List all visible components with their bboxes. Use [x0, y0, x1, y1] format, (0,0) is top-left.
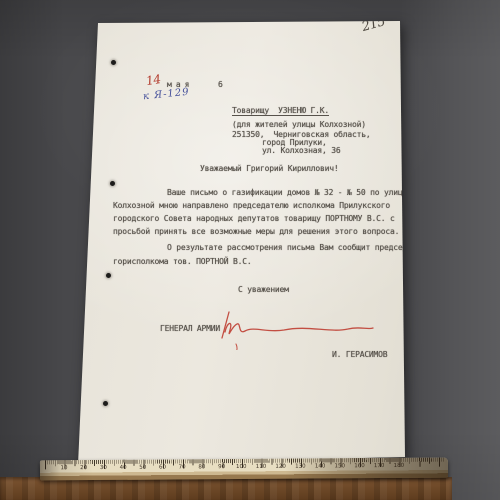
body-line: Колхозной мною направлено председателю и… — [113, 201, 390, 211]
paper-document: 215 14 мая 6 к Я-129 Товарищу УЗНЕНЮ Г.К… — [0, 0, 500, 500]
recipient-street: ул. Колхозная, 36 — [262, 146, 340, 156]
recipient-street-note: (для жителей улицы Колхозной) — [232, 120, 366, 130]
body-line: просьбой принять все возможные меры для … — [113, 227, 399, 237]
registry-note-handwritten: к Я-129 — [143, 88, 190, 103]
date-day-handwritten: 14 — [145, 74, 161, 86]
date-year-typed: 6 — [218, 80, 223, 90]
punch-hole — [103, 401, 108, 406]
signature-ink-scrawl — [212, 302, 380, 350]
body-line: О результате рассмотрения письма Вам соо… — [167, 243, 430, 253]
paper-document-wrap: 215 14 мая 6 к Я-129 Товарищу УЗНЕНЮ Г.К… — [0, 0, 500, 500]
punch-hole — [110, 181, 115, 186]
salutation: Уважаемый Григорий Кириллович! — [200, 164, 339, 174]
ruler: 10 20 30 40 50 60 70 80 90 100 110 120 1… — [40, 458, 448, 481]
body-line: городского Совета народных депутатов тов… — [113, 214, 395, 224]
punch-hole — [106, 273, 111, 278]
body-line: Ваше письмо о газификации домов № 32 - №… — [167, 188, 407, 198]
recipient-name-line: Товарищу УЗНЕНЮ Г.К. — [232, 106, 329, 116]
closing-phrase: С уважением — [238, 285, 289, 295]
photo-of-letter: 215 14 мая 6 к Я-129 Товарищу УЗНЕНЮ Г.К… — [0, 0, 500, 500]
corner-number-annotation: 215 — [361, 17, 386, 33]
punch-hole — [111, 60, 116, 65]
signer-name: И. ГЕРАСИМОВ — [332, 350, 387, 360]
signer-title: ГЕНЕРАЛ АРМИИ — [160, 324, 220, 334]
body-line: горисполкома тов. ПОРТНОЙ В.С. — [113, 257, 252, 267]
ruler-wear-overlay — [40, 458, 448, 481]
